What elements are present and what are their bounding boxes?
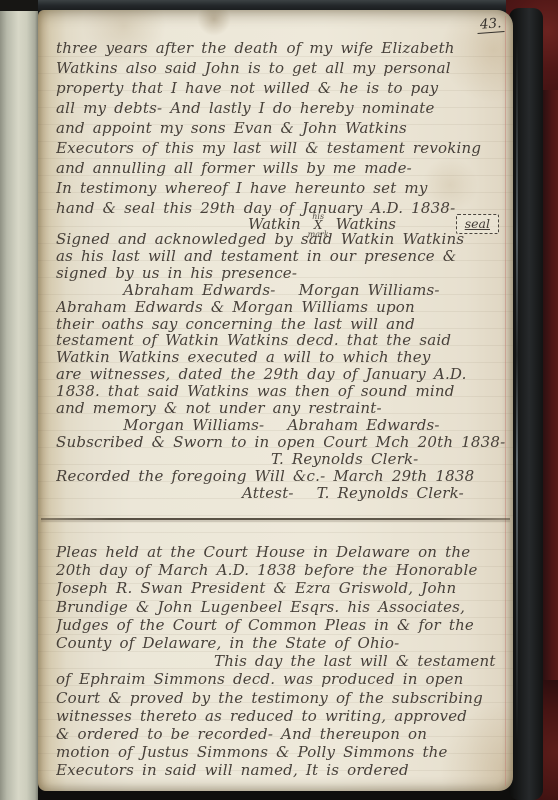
manuscript-line: Recorded the foregoing Will &c.- March 2… bbox=[56, 468, 507, 485]
manuscript-page: 43. three years after the death of my wi… bbox=[38, 10, 513, 791]
manuscript-line: & ordered to be recorded- And thereupon … bbox=[56, 725, 507, 743]
manuscript-line: of Ephraim Simmons decd. was produced in… bbox=[56, 670, 507, 688]
manuscript-line: Watkins also said John is to get all my … bbox=[56, 58, 507, 78]
manuscript-line: property that I have not willed & he is … bbox=[56, 78, 507, 98]
manuscript-line: Subscribed & Sworn to in open Court Mch … bbox=[56, 434, 507, 451]
section-divider bbox=[41, 518, 510, 520]
manuscript-line: Morgan Williams- Abraham Edwards- bbox=[56, 417, 507, 434]
manuscript-line: Executors of this my last will & testame… bbox=[56, 138, 507, 158]
manuscript-line: Abraham Edwards- Morgan Williams- bbox=[56, 282, 507, 299]
manuscript-line: Joseph R. Swan President & Ezra Griswold… bbox=[56, 579, 507, 597]
manuscript-line: 20th day of March A.D. 1838 before the H… bbox=[56, 561, 507, 579]
manuscript-line: are witnesses, dated the 29th day of Jan… bbox=[56, 366, 507, 383]
manuscript-line: Executors in said will named, It is orde… bbox=[56, 761, 507, 779]
manuscript-line: This day the last will & testament bbox=[56, 652, 507, 670]
manuscript-line: all my debts- And lastly I do hereby nom… bbox=[56, 98, 507, 118]
manuscript-line: and annulling all former wills by me mad… bbox=[56, 158, 507, 178]
manuscript-line: witnesses thereto as reduced to writing,… bbox=[56, 707, 507, 725]
manuscript-line: Abraham Edwards & Morgan Williams upon bbox=[56, 299, 507, 316]
manuscript-line: In testimony whereof I have hereunto set… bbox=[56, 178, 507, 198]
manuscript-line: County of Delaware, in the State of Ohio… bbox=[56, 634, 507, 652]
manuscript-line: three years after the death of my wife E… bbox=[56, 38, 507, 58]
manuscript-line: Pleas held at the Court House in Delawar… bbox=[56, 543, 507, 561]
page-stack-fore-edge bbox=[0, 11, 38, 800]
manuscript-line: Attest- T. Reynolds Clerk- bbox=[56, 485, 507, 502]
court-record-text: Pleas held at the Court House in Delawar… bbox=[56, 543, 507, 780]
manuscript-line: motion of Justus Simmons & Polly Simmons… bbox=[56, 743, 507, 761]
book-board-edge bbox=[509, 8, 543, 800]
manuscript-line: as his last will and testament in our pr… bbox=[56, 248, 507, 265]
manuscript-line: Judges of the Court of Common Pleas in &… bbox=[56, 616, 507, 634]
scanned-book-photo: 43. three years after the death of my wi… bbox=[0, 0, 558, 800]
board-edge-highlight bbox=[516, 40, 518, 740]
manuscript-line: Signed and acknowledged by said Watkin W… bbox=[56, 231, 507, 248]
attestation-text: Signed and acknowledged by said Watkin W… bbox=[56, 231, 507, 502]
manuscript-line: and appoint my sons Evan & John Watkins bbox=[56, 118, 507, 138]
manuscript-line: T. Reynolds Clerk- bbox=[56, 451, 507, 468]
manuscript-line: signed by us in his presence- bbox=[56, 265, 507, 282]
manuscript-line: Court & proved by the testimony of the s… bbox=[56, 689, 507, 707]
manuscript-line: Brundige & John Lugenbeel Esqrs. his Ass… bbox=[56, 598, 507, 616]
manuscript-line: testament of Watkin Watkins decd. that t… bbox=[56, 332, 507, 349]
manuscript-line: Watkin Watkins executed a will to which … bbox=[56, 349, 507, 366]
manuscript-line: and memory & not under any restraint- bbox=[56, 400, 507, 417]
page-number: 43. bbox=[476, 16, 505, 34]
manuscript-line: their oaths say concerning the last will… bbox=[56, 316, 507, 333]
manuscript-line: 1838. that said Watkins was then of soun… bbox=[56, 383, 507, 400]
will-body-text: three years after the death of my wife E… bbox=[56, 38, 507, 218]
